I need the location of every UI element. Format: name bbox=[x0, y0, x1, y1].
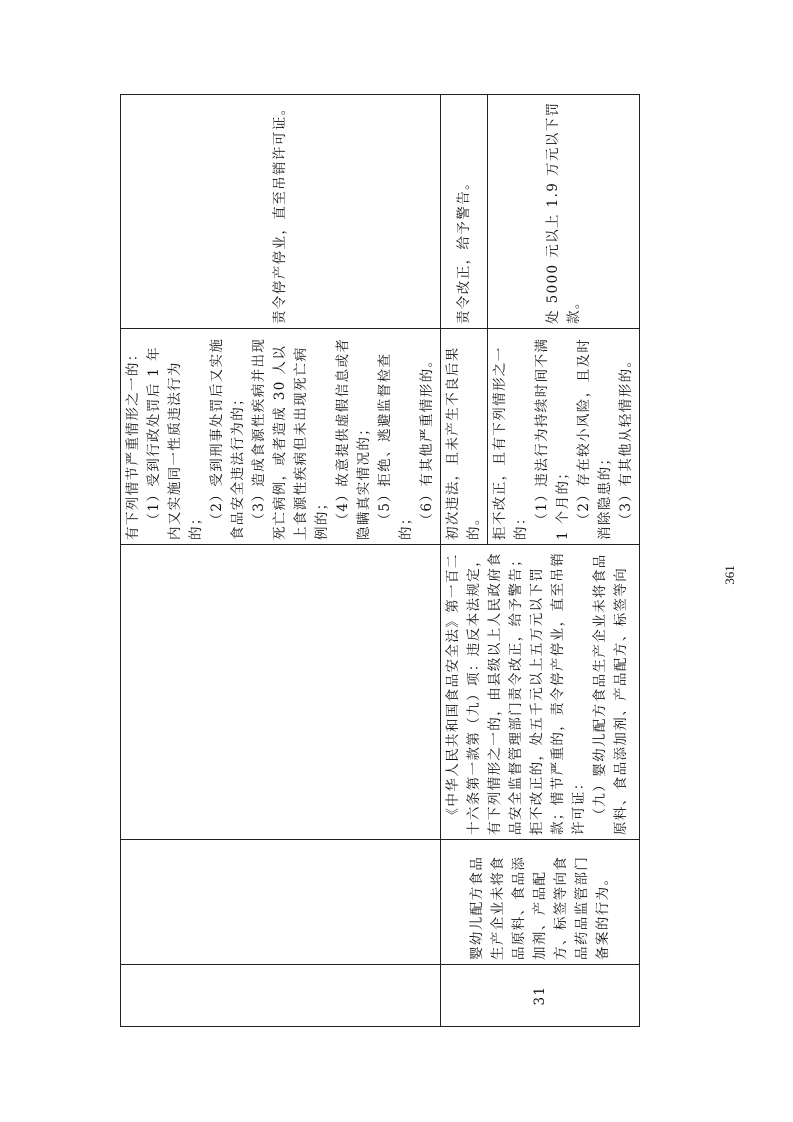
penalty-text: 责令停产停业，直至吊销许可证。 bbox=[272, 101, 288, 325]
legal-basis-text: 《中华人民共和国食品安全法》第一百二十六条第一款第（九）项：违反本法规定，有下列… bbox=[443, 549, 590, 835]
table-row: 31 婴幼儿配方食品生产企业未将食品原料、食品添加剂、产品配方、标签等向食品药品… bbox=[441, 95, 488, 1027]
situation-cell: 拒不改正，且有下列情形之一的： （1）违法行为持续时间不满 1 个月的； （2）… bbox=[488, 329, 640, 545]
penalty-table: 有下列情节严重情形之一的： （1）受到行政处罚后 1 年内又实施同一性质违法行为… bbox=[120, 94, 640, 1027]
situation-text: 有下列情节严重情形之一的： bbox=[123, 333, 144, 540]
empty-cell bbox=[121, 965, 441, 1027]
situation-cell: 有下列情节严重情形之一的： （1）受到行政处罚后 1 年内又实施同一性质违法行为… bbox=[121, 329, 441, 545]
legal-basis-cell: 《中华人民共和国食品安全法》第一百二十六条第一款第（九）项：违反本法规定，有下列… bbox=[441, 545, 640, 840]
rotated-table-wrapper: 有下列情节严重情形之一的： （1）受到行政处罚后 1 年内又实施同一性质违法行为… bbox=[120, 95, 580, 1027]
situation-text: （1）受到行政处罚后 1 年内又实施同一性质违法行为的； bbox=[144, 333, 207, 540]
situation-text: （4）故意提供虚假信息或者隐瞒真实情况的； bbox=[333, 333, 375, 540]
situation-text: （1）违法行为持续时间不满 1 个月的； bbox=[532, 333, 574, 540]
situation-text: （3）造成食源性疾病并出现死亡病例，或者造成 30 人以上食源性疾病但未出现死亡… bbox=[249, 333, 333, 540]
situation-text: 初次违法，且未产生不良后果的。 bbox=[443, 333, 485, 540]
penalty-cell: 处 5000 元以上 1.9 万元以下罚款。 bbox=[488, 95, 640, 329]
table-row: 有下列情节严重情形之一的： （1）受到行政处罚后 1 年内又实施同一性质违法行为… bbox=[121, 95, 441, 1027]
situation-text: （6）有其他严重情形的。 bbox=[417, 333, 438, 540]
penalty-cell: 责令改正，给予警告。 bbox=[441, 95, 488, 329]
empty-cell bbox=[121, 545, 441, 840]
situation-text: （3）有其他从轻情形的。 bbox=[616, 333, 637, 540]
situation-text: （5）拒绝、逃避监督检查的； bbox=[375, 333, 417, 540]
violation-text: 婴幼儿配方食品生产企业未将食品原料、食品添加剂、产品配方、标签等向食品药品监管部… bbox=[469, 856, 611, 960]
situation-text: （2）存在较小风险，且及时消除隐患的； bbox=[574, 333, 616, 540]
page-number-text: 361 bbox=[722, 565, 738, 585]
page-number: 361 bbox=[720, 555, 740, 595]
row-number-cell: 31 bbox=[441, 965, 640, 1027]
legal-basis-text: （九）婴幼儿配方食品生产企业未将食品原料、食品添加剂、产品配方、标签等向 bbox=[590, 549, 632, 835]
situation-cell: 初次违法，且未产生不良后果的。 bbox=[441, 329, 488, 545]
penalty-cell: 责令停产停业，直至吊销许可证。 bbox=[121, 95, 441, 329]
penalty-text: 处 5000 元以上 1.9 万元以下罚款。 bbox=[545, 102, 582, 325]
situation-text: （2）受到刑事处罚后又实施食品安全违法行为的； bbox=[207, 333, 249, 540]
penalty-text: 责令改正，给予警告。 bbox=[456, 175, 472, 324]
violation-cell: 婴幼儿配方食品生产企业未将食品原料、食品添加剂、产品配方、标签等向食品药品监管部… bbox=[441, 840, 640, 965]
situation-text: 拒不改正，且有下列情形之一的： bbox=[490, 333, 532, 540]
row-number: 31 bbox=[532, 986, 548, 1006]
empty-cell bbox=[121, 840, 441, 965]
